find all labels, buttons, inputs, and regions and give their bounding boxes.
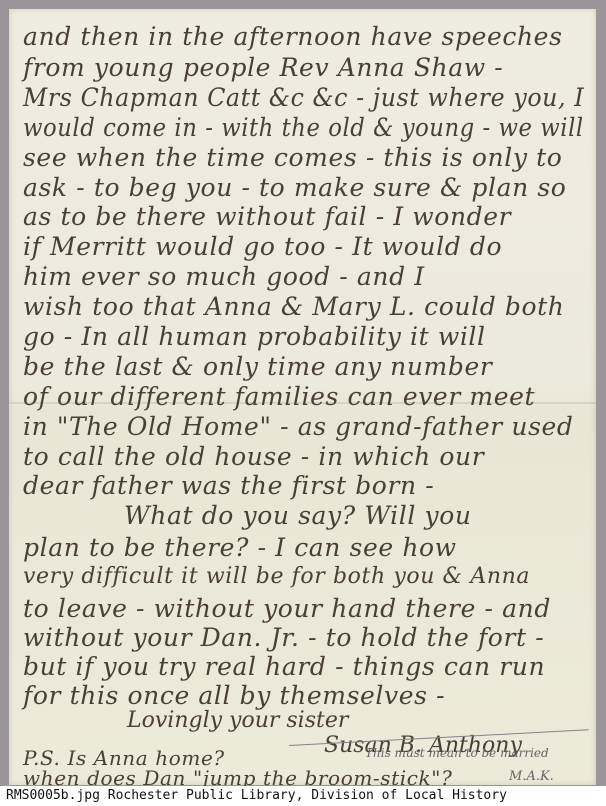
image-caption: RMS0005b.jpg Rochester Public Library, D… — [0, 786, 606, 806]
letter-line-15: to call the old house - in which our — [23, 442, 484, 471]
letter-closing: Lovingly your sister — [127, 708, 348, 733]
letter-page: and then in the afternoon have speeches … — [9, 9, 596, 785]
letter-line-12: be the last & only time any number — [23, 352, 492, 381]
letter-line-7: as to be there without fail - I wonder — [23, 202, 511, 231]
letter-line-4: would come in - with the old & young - w… — [23, 113, 584, 142]
letter-line-14: in "The Old Home" - as grand-father used — [23, 412, 574, 441]
letter-line-23: for this once all by themselves - — [23, 681, 445, 710]
letter-line-16: dear father was the first born - — [23, 471, 434, 500]
letter-line-21: without your Dan. Jr. - to hold the fort… — [23, 623, 544, 652]
letter-line-10: wish too that Anna & Mary L. could both — [23, 292, 564, 321]
letter-line-17: What do you say? Will you — [124, 501, 472, 530]
letter-line-6: ask - to beg you - to make sure & plan s… — [23, 173, 566, 202]
letter-line-5: see when the time comes - this is only t… — [23, 143, 562, 172]
letter-line-1: and then in the afternoon have speeches — [23, 22, 563, 51]
margin-note: This must mean to be married — [365, 746, 549, 760]
letter-line-22: but if you try real hard - things can ru… — [23, 652, 545, 681]
letter-line-18: plan to be there? - I can see how — [23, 533, 457, 562]
letter-line-11: go - In all human probability it will — [23, 322, 486, 351]
letter-line-3: Mrs Chapman Catt &c &c - just where you,… — [23, 83, 584, 112]
letter-line-8: if Merritt would go too - It would do — [23, 232, 502, 261]
letter-line-13: of our different families can ever meet — [23, 382, 535, 411]
letter-line-2: from young people Rev Anna Shaw - — [23, 53, 503, 82]
letter-line-9: him ever so much good - and I — [23, 262, 425, 291]
margin-initials: M.A.K. — [509, 769, 554, 784]
letter-line-20: to leave - without your hand there - and — [23, 594, 551, 623]
letter-line-19: very difficult it will be for both you &… — [23, 564, 530, 589]
